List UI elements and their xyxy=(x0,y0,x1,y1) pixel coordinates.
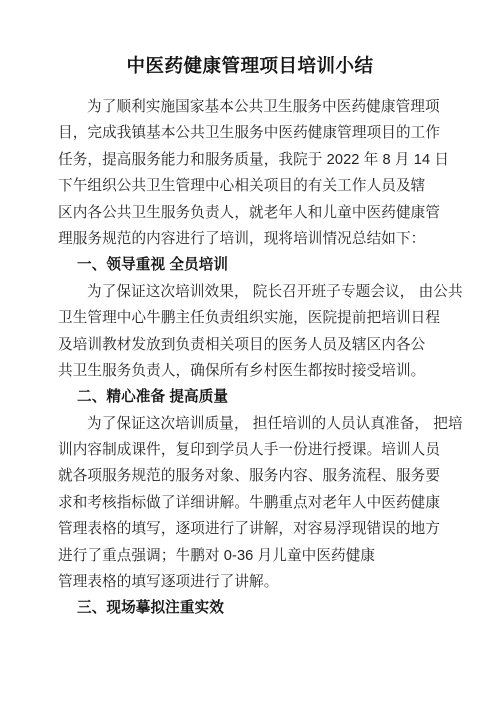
text-line: 理服务规范的内容进行了培训，现将培训情况总结如下： xyxy=(58,226,442,252)
document-body: 为了顺利实施国家基本公共卫生服务中医药健康管理项 目，完成我镇基本公共卫生服务中… xyxy=(58,94,442,622)
text-line: 训内容制成课件，复印到学员人手一份进行授课。培训人员 xyxy=(58,437,442,463)
text-line: 下午组织公共卫生管理中心相关项目的有关工作人员及辖 xyxy=(58,173,442,199)
text-line: 任务，提高服务能力和服务质量，我院于 2022 年 8 月 14 日 xyxy=(58,147,442,173)
text-line: 进行了重点强调；牛鹏对 0-36 月儿童中医药健康 xyxy=(58,543,442,569)
text-line: 区内各公共卫生服务负责人，就老年人和儿童中医药健康管 xyxy=(58,200,442,226)
document-page: 中医药健康管理项目培训小结 为了顺利实施国家基本公共卫生服务中医药健康管理项 目… xyxy=(0,0,500,707)
text-line: 管理表格的填写，逐项进行了讲解，对容易浮现错误的地方 xyxy=(58,516,442,542)
document-title: 中医药健康管理项目培训小结 xyxy=(58,55,442,77)
text-line: 求和考核指标做了详细讲解。牛鹏重点对老年人中医药健康 xyxy=(58,490,442,516)
section-heading: 三、现场摹拟注重实效 xyxy=(58,595,442,621)
text-line: 卫生管理中心牛鹏主任负责组织实施，医院提前把培训日程 xyxy=(58,305,442,331)
text-line: 为了保证这次培训质量， 担任培训的人员认真准备， 把培 xyxy=(58,411,442,437)
text-line: 及培训教材发放到负责相关项目的医务人员及辖区内各公 xyxy=(58,332,442,358)
text-line: 管理表格的填写逐项进行了讲解。 xyxy=(58,569,442,595)
text-line: 为了顺利实施国家基本公共卫生服务中医药健康管理项 xyxy=(58,94,442,120)
text-line: 为了保证这次培训效果， 院长召开班子专题会议， 由公共 xyxy=(58,279,442,305)
section-heading: 二、精心准备 提高质量 xyxy=(58,384,442,410)
section-heading: 一、领导重视 全员培训 xyxy=(58,252,442,278)
text-line: 就各项服务规范的服务对象、服务内容、服务流程、服务要 xyxy=(58,463,442,489)
text-line: 目，完成我镇基本公共卫生服务中医药健康管理项目的工作 xyxy=(58,120,442,146)
text-line: 共卫生服务负责人，确保所有乡村医生都按时接受培训。 xyxy=(58,358,442,384)
